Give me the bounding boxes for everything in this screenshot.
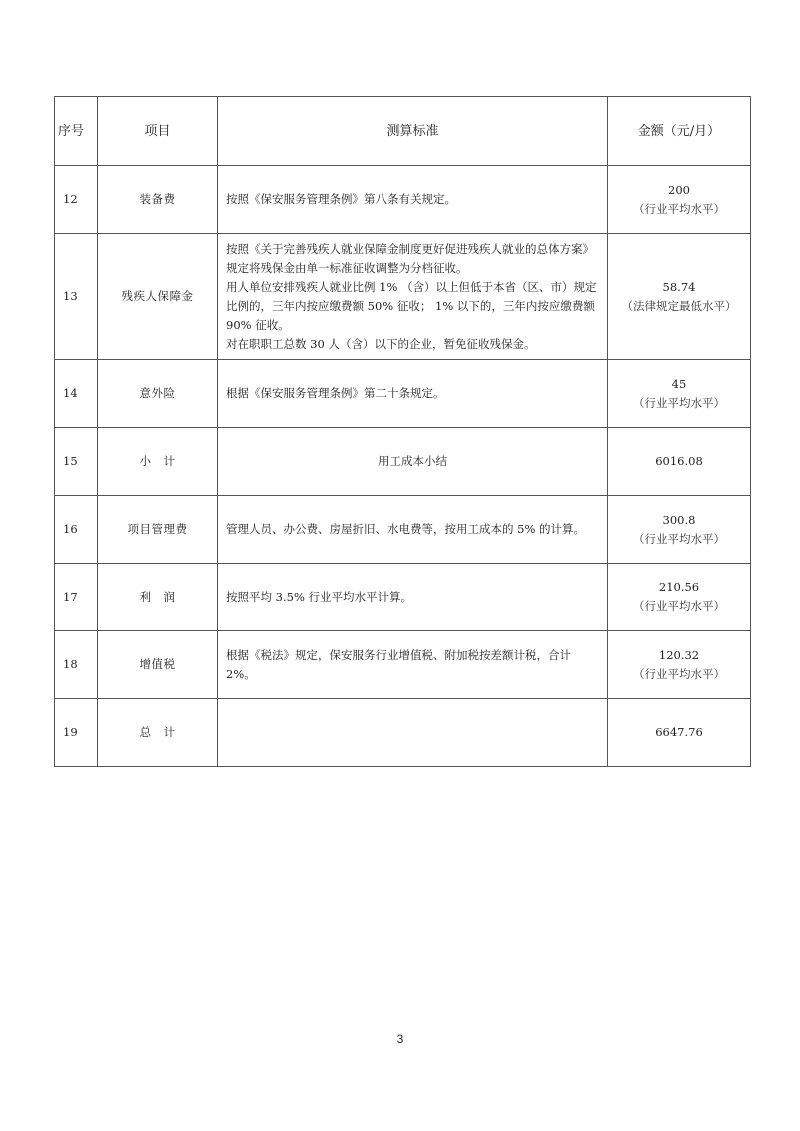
- table-header-row: 序号 项目 测算标准 金额（元/月）: [55, 97, 751, 166]
- amount-value: 210.56: [616, 578, 742, 597]
- table-row: 12 装备费 按照《保安服务管理条例》第八条有关规定。 200 （行业平均水平）: [55, 166, 751, 234]
- row-no: 13: [55, 234, 98, 360]
- amount-value: 200: [616, 181, 742, 200]
- standard-line: 管理人员、办公费、房屋折旧、水电费等，按用工成本的 5% 的计算。: [226, 520, 599, 539]
- amount-value: 6647.76: [616, 723, 742, 742]
- amount-note: （行业平均水平）: [616, 200, 742, 219]
- table-row: 14 意外险 根据《保安服务管理条例》第二十条规定。 45 （行业平均水平）: [55, 360, 751, 428]
- table-row: 15 小 计 用工成本小结 6016.08: [55, 428, 751, 496]
- row-no: 15: [55, 428, 98, 496]
- row-no: 14: [55, 360, 98, 428]
- row-item: 小 计: [98, 428, 218, 496]
- amount-value: 120.32: [616, 646, 742, 665]
- row-amount: 6016.08: [608, 428, 751, 496]
- row-amount: 58.74 （法律规定最低水平）: [608, 234, 751, 360]
- row-no: 19: [55, 699, 98, 767]
- header-standard: 测算标准: [218, 97, 608, 166]
- standard-line: 用人单位安排残疾人就业比例 1% （含）以上但低于本省（区、市）规定比例的，三年…: [226, 278, 599, 335]
- amount-note: （行业平均水平）: [616, 394, 742, 413]
- row-amount: 120.32 （行业平均水平）: [608, 631, 751, 699]
- amount-value: 45: [616, 375, 742, 394]
- row-item: 意外险: [98, 360, 218, 428]
- standard-line: 对在职职工总数 30 人（含）以下的企业，暂免征收残保金。: [226, 335, 599, 354]
- amount-value: 58.74: [616, 278, 742, 297]
- header-item: 项目: [98, 97, 218, 166]
- table-row: 13 残疾人保障金 按照《关于完善残疾人就业保障金制度更好促进残疾人就业的总体方…: [55, 234, 751, 360]
- header-amount: 金额（元/月）: [608, 97, 751, 166]
- row-standard: 按照平均 3.5% 行业平均水平计算。: [218, 564, 608, 631]
- row-standard: 按照《保安服务管理条例》第八条有关规定。: [218, 166, 608, 234]
- header-no: 序号: [55, 97, 98, 166]
- row-standard: [218, 699, 608, 767]
- row-item: 项目管理费: [98, 496, 218, 564]
- standard-line: 根据《保安服务管理条例》第二十条规定。: [226, 384, 599, 403]
- row-standard: 根据《保安服务管理条例》第二十条规定。: [218, 360, 608, 428]
- standard-line: 用工成本小结: [226, 452, 599, 471]
- row-item: 总 计: [98, 699, 218, 767]
- amount-note: （行业平均水平）: [616, 665, 742, 684]
- row-amount: 300.8 （行业平均水平）: [608, 496, 751, 564]
- amount-note: （行业平均水平）: [616, 530, 742, 549]
- row-item: 增值税: [98, 631, 218, 699]
- table-row: 19 总 计 6647.76: [55, 699, 751, 767]
- row-no: 17: [55, 564, 98, 631]
- row-standard: 管理人员、办公费、房屋折旧、水电费等，按用工成本的 5% 的计算。: [218, 496, 608, 564]
- table-row: 16 项目管理费 管理人员、办公费、房屋折旧、水电费等，按用工成本的 5% 的计…: [55, 496, 751, 564]
- document-page: 序号 项目 测算标准 金额（元/月） 12 装备费 按照《保安服务管理条例》第八…: [0, 0, 800, 1131]
- standard-line: 根据《税法》规定，保安服务行业增值税、附加税按差额计税，合计 2%。: [226, 646, 599, 684]
- row-amount: 6647.76: [608, 699, 751, 767]
- amount-note: （行业平均水平）: [616, 597, 742, 616]
- amount-value: 6016.08: [616, 452, 742, 471]
- standard-line: 按照《关于完善残疾人就业保障金制度更好促进残疾人就业的总体方案》规定将残保金由单…: [226, 240, 599, 278]
- row-standard: 按照《关于完善残疾人就业保障金制度更好促进残疾人就业的总体方案》规定将残保金由单…: [218, 234, 608, 360]
- row-amount: 210.56 （行业平均水平）: [608, 564, 751, 631]
- cost-calculation-table: 序号 项目 测算标准 金额（元/月） 12 装备费 按照《保安服务管理条例》第八…: [54, 96, 751, 767]
- standard-line: 按照平均 3.5% 行业平均水平计算。: [226, 588, 599, 607]
- page-number: 3: [0, 1032, 800, 1046]
- row-no: 18: [55, 631, 98, 699]
- row-item: 残疾人保障金: [98, 234, 218, 360]
- row-standard: 用工成本小结: [218, 428, 608, 496]
- standard-line: 按照《保安服务管理条例》第八条有关规定。: [226, 190, 599, 209]
- row-no: 16: [55, 496, 98, 564]
- row-item: 利 润: [98, 564, 218, 631]
- row-amount: 45 （行业平均水平）: [608, 360, 751, 428]
- row-standard: 根据《税法》规定，保安服务行业增值税、附加税按差额计税，合计 2%。: [218, 631, 608, 699]
- row-amount: 200 （行业平均水平）: [608, 166, 751, 234]
- row-item: 装备费: [98, 166, 218, 234]
- row-no: 12: [55, 166, 98, 234]
- table-row: 18 增值税 根据《税法》规定，保安服务行业增值税、附加税按差额计税，合计 2%…: [55, 631, 751, 699]
- amount-value: 300.8: [616, 511, 742, 530]
- table-row: 17 利 润 按照平均 3.5% 行业平均水平计算。 210.56 （行业平均水…: [55, 564, 751, 631]
- amount-note: （法律规定最低水平）: [616, 297, 742, 316]
